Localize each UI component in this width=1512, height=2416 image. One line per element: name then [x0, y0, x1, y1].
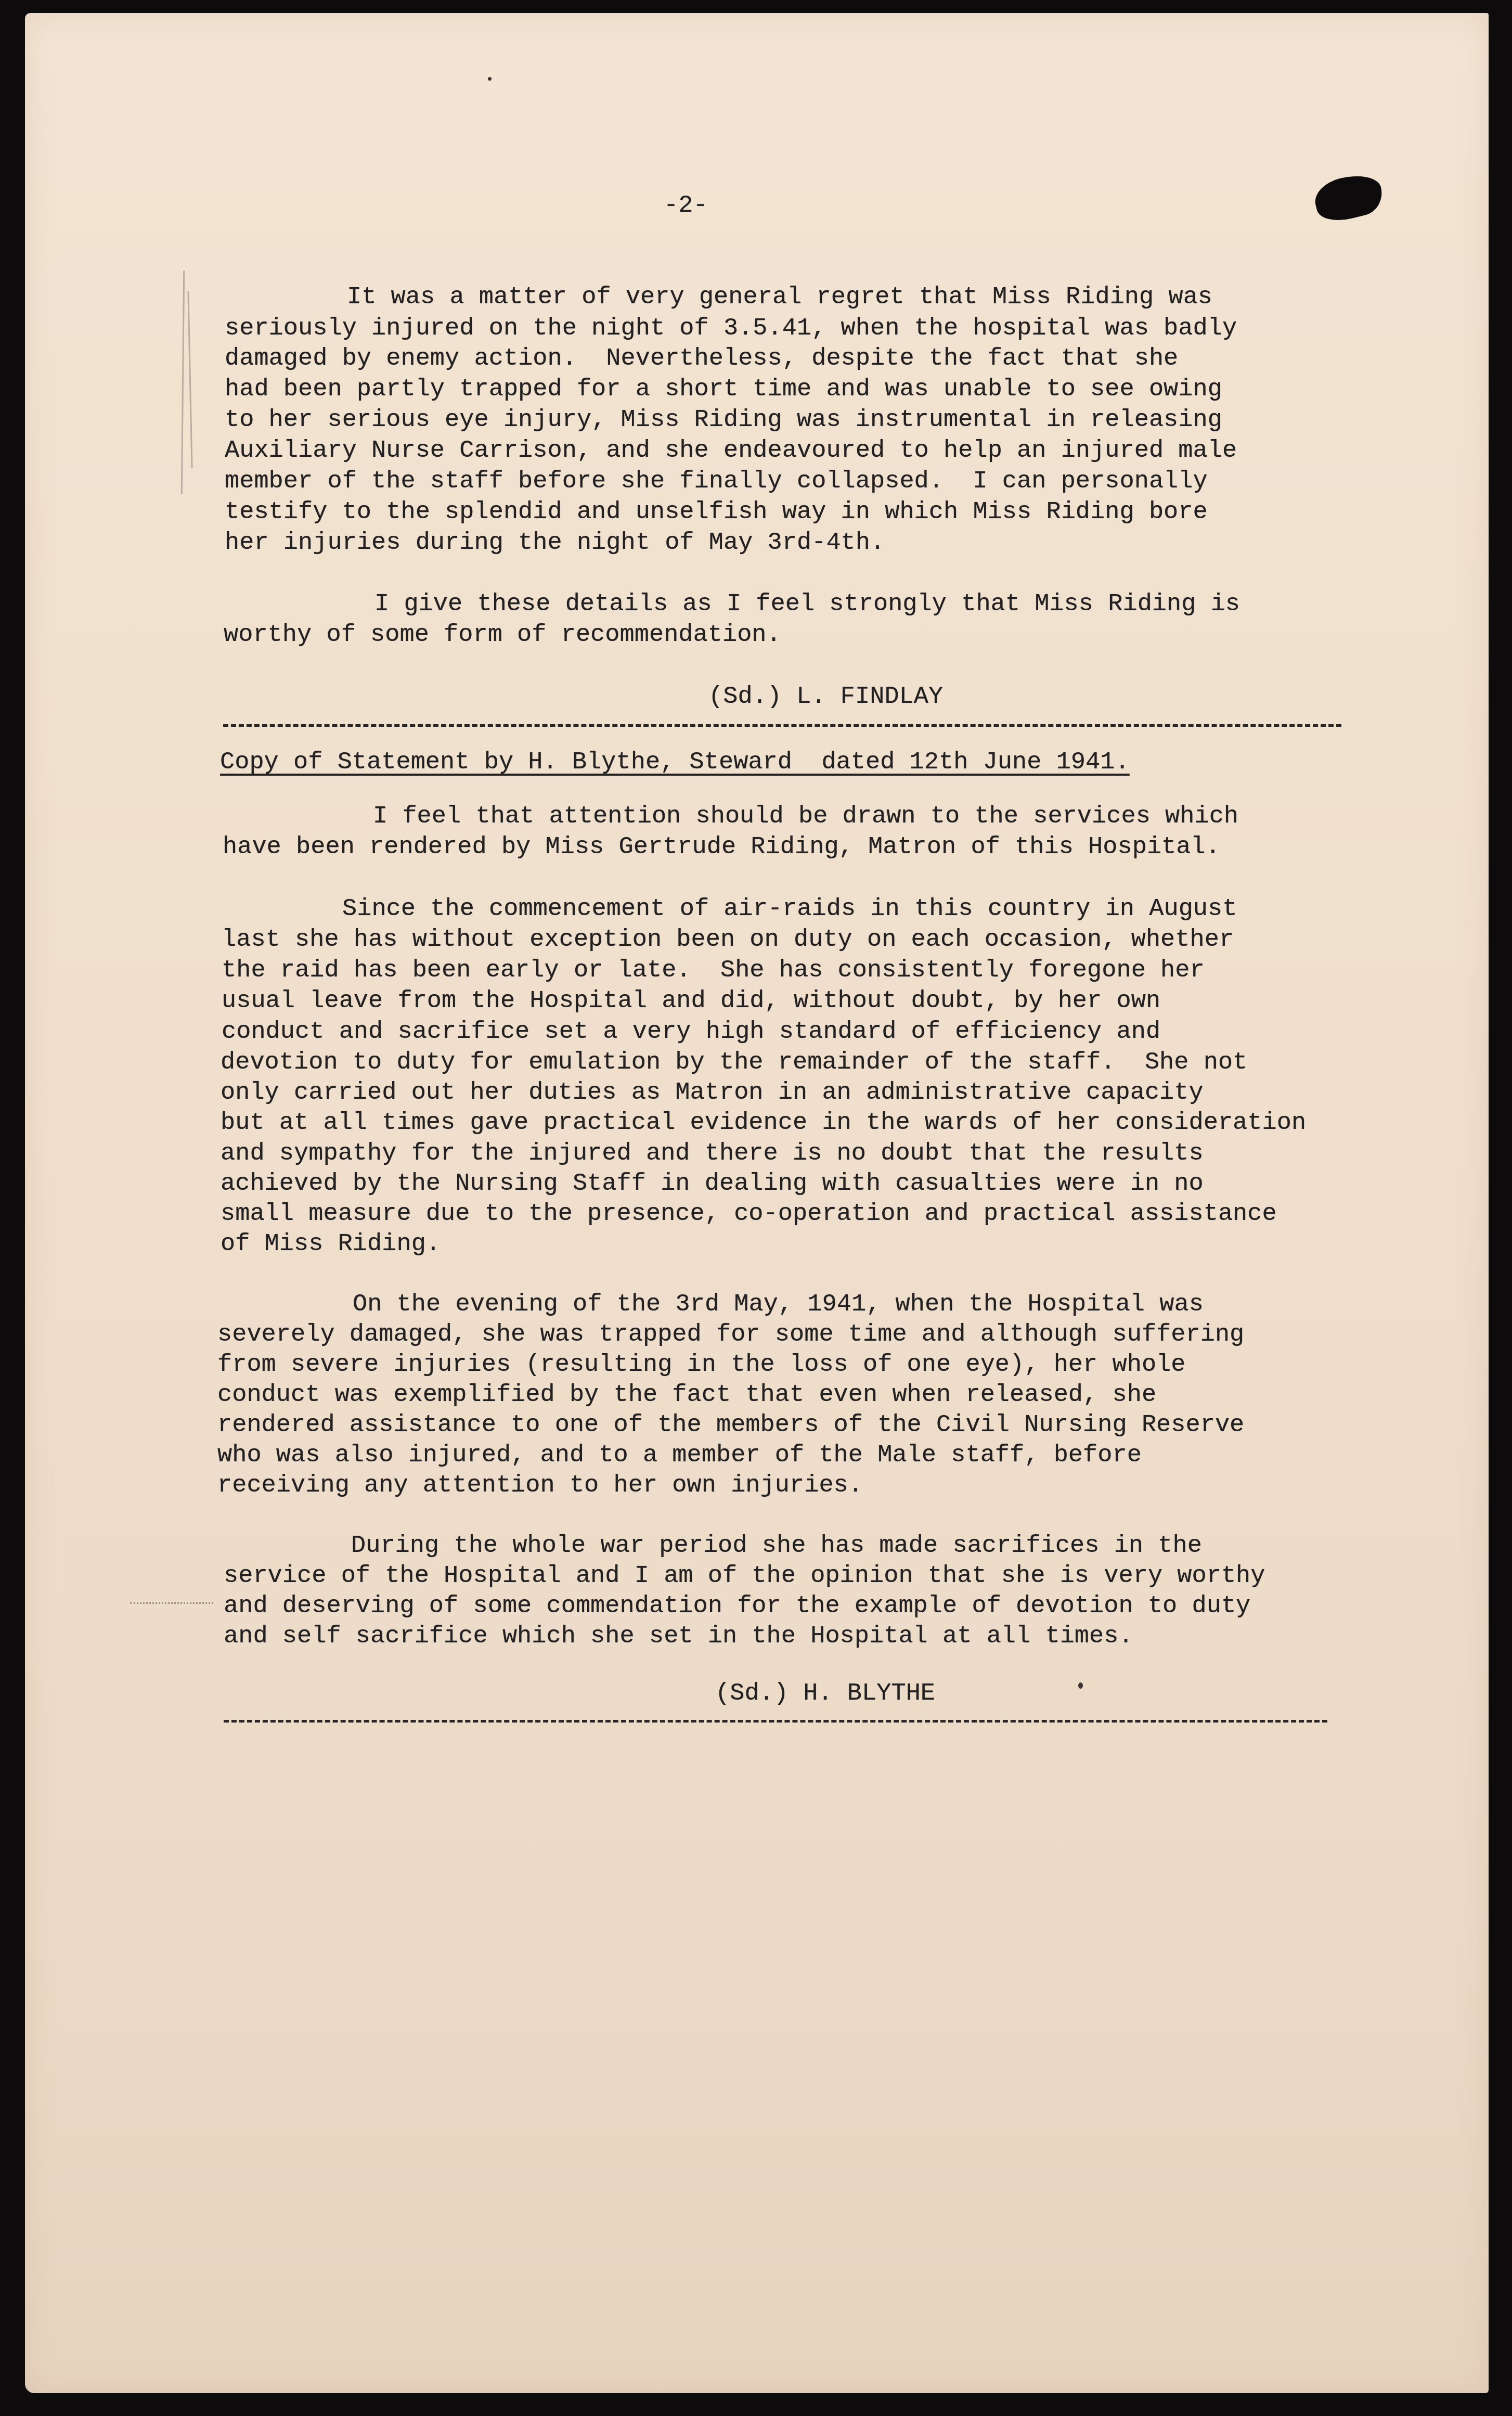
signature-findlay: (Sd.) L. FINDLAY [708, 685, 943, 709]
text-line: last she has without exception been on d… [222, 928, 1234, 952]
text-line: her injuries during the night of May 3rd… [225, 531, 885, 555]
text-line: the raid has been early or late. She has… [222, 958, 1205, 983]
ink-speck [488, 77, 492, 81]
text-line: only carried out her duties as Matron in… [221, 1081, 1204, 1105]
text-line: and deserving of some commendation for t… [224, 1594, 1250, 1618]
text-line: service of the Hospital and I am of the … [224, 1564, 1265, 1588]
text-line: small measure due to the presence, co-op… [221, 1202, 1277, 1226]
text-line: conduct and sacrifice set a very high st… [222, 1020, 1160, 1044]
text-line: and sympathy for the injured and there i… [221, 1141, 1204, 1166]
text-line: usual leave from the Hospital and did, w… [222, 989, 1160, 1013]
ink-speck [1078, 1682, 1083, 1689]
text-line: member of the staff before she finally c… [225, 469, 1208, 494]
text-line: of Miss Riding. [221, 1232, 441, 1256]
text-line: Since the commencement of air-raids in t… [342, 897, 1237, 921]
pencil-dotted-mark [130, 1602, 213, 1604]
text-line: conduct was exemplified by the fact that… [217, 1383, 1156, 1407]
text-line: and self sacrifice which she set in the … [224, 1624, 1133, 1649]
text-line: receiving any attention to her own injur… [217, 1473, 863, 1498]
text-line: damaged by enemy action. Nevertheless, d… [225, 346, 1178, 371]
text-line: testify to the splendid and unselfish wa… [225, 500, 1208, 524]
text-line: During the whole war period she has made… [351, 1534, 1202, 1558]
text-line: seriously injured on the night of 3.5.41… [225, 316, 1237, 341]
text-line: but at all times gave practical evidence… [221, 1111, 1306, 1135]
text-line: achieved by the Nursing Staff in dealing… [221, 1172, 1204, 1196]
text-line: who was also injured, and to a member of… [217, 1443, 1142, 1468]
text-line: from severe injuries (resulting in the l… [217, 1353, 1186, 1377]
text-line: I feel that attention should be drawn to… [373, 804, 1238, 829]
text-line: I give these details as I feel strongly … [374, 592, 1240, 616]
dashed-separator [224, 1720, 1327, 1723]
statement-heading: Copy of Statement by H. Blythe, Steward … [220, 750, 1130, 775]
text-line: rendered assistance to one of the member… [217, 1413, 1244, 1437]
text-line: devotion to duty for emulation by the re… [221, 1050, 1247, 1075]
text-line: worthy of some form of recommendation. [224, 623, 781, 647]
text-line: to her serious eye injury, Miss Riding w… [225, 408, 1222, 432]
page-number: -2- [664, 194, 708, 218]
text-line: It was a matter of very general regret t… [347, 285, 1212, 310]
text-line: have been rendered by Miss Gertrude Ridi… [223, 835, 1220, 859]
text-line: had been partly trapped for a short time… [225, 377, 1222, 402]
dashed-separator [223, 724, 1341, 727]
text-line: severely damaged, she was trapped for so… [217, 1322, 1244, 1347]
text-line: On the evening of the 3rd May, 1941, whe… [353, 1292, 1204, 1317]
text-line: Auxiliary Nurse Carrison, and she endeav… [225, 439, 1237, 463]
signature-blythe: (Sd.) H. BLYTHE [715, 1681, 935, 1706]
